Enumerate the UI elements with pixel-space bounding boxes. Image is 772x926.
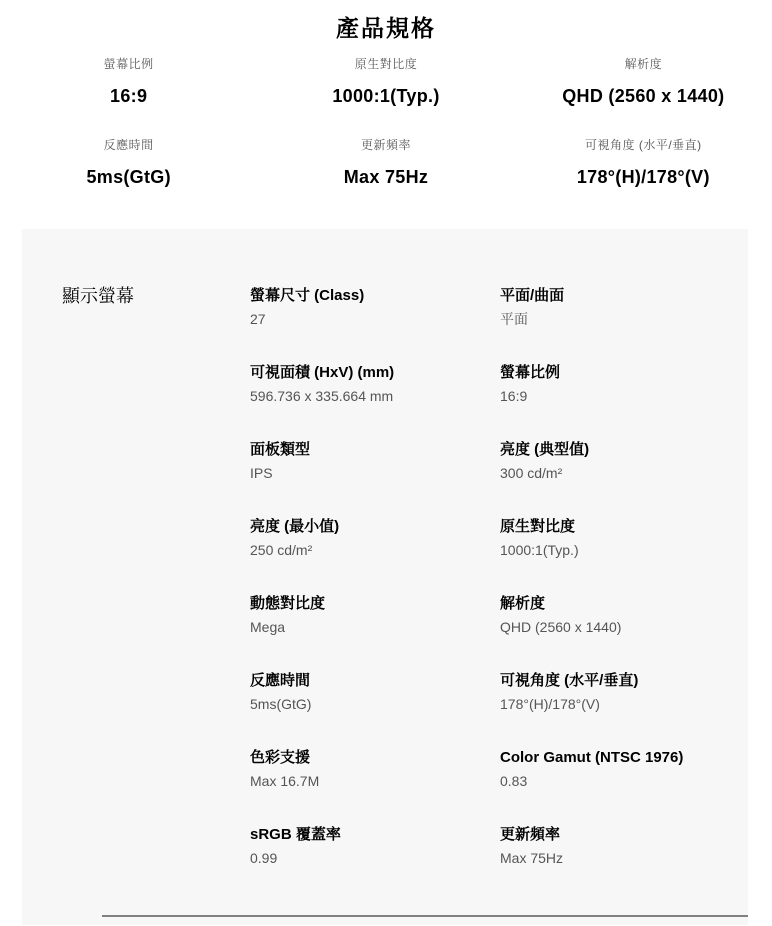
key-spec-value: 1000:1(Typ.) bbox=[257, 84, 514, 109]
spec-value: 596.736 x 335.664 mm bbox=[250, 386, 476, 406]
spec-value: IPS bbox=[250, 463, 476, 483]
key-spec-value: 5ms(GtG) bbox=[0, 165, 257, 190]
spec-item: 色彩支援 Max 16.7M bbox=[250, 747, 500, 791]
spec-label: 原生對比度 bbox=[500, 516, 724, 537]
spec-value: 178°(H)/178°(V) bbox=[500, 694, 724, 714]
key-spec-label: 螢幕比例 bbox=[0, 56, 257, 72]
product-spec-page: 產品規格 螢幕比例 16:9 原生對比度 1000:1(Typ.) 解析度 QH… bbox=[0, 0, 772, 925]
spec-panel: 顯示螢幕 螢幕尺寸 (Class) 27 平面/曲面 平面 可視面積 (HxV)… bbox=[22, 229, 748, 925]
spec-item: 原生對比度 1000:1(Typ.) bbox=[500, 516, 748, 560]
page-title: 產品規格 bbox=[0, 0, 772, 43]
spec-label: 動態對比度 bbox=[250, 593, 476, 614]
spec-item: sRGB 覆蓋率 0.99 bbox=[250, 824, 500, 868]
spec-value: 平面 bbox=[500, 309, 724, 329]
spec-label: 色彩支援 bbox=[250, 747, 476, 768]
spec-value: 27 bbox=[250, 309, 476, 329]
spec-item: 反應時間 5ms(GtG) bbox=[250, 670, 500, 714]
spec-value: 5ms(GtG) bbox=[250, 694, 476, 714]
spec-label: 可視面積 (HxV) (mm) bbox=[250, 362, 476, 383]
spec-value: 0.99 bbox=[250, 848, 476, 868]
key-spec-item: 螢幕比例 16:9 bbox=[0, 56, 257, 109]
spec-value: Mega bbox=[250, 617, 476, 637]
spec-value: 250 cd/m² bbox=[250, 540, 476, 560]
spec-item: 平面/曲面 平面 bbox=[500, 285, 748, 329]
spec-label: 螢幕比例 bbox=[500, 362, 724, 383]
key-spec-value: QHD (2560 x 1440) bbox=[515, 84, 772, 109]
spec-label: 平面/曲面 bbox=[500, 285, 724, 306]
key-spec-label: 可視角度 (水平/垂直) bbox=[515, 137, 772, 153]
spec-label: 解析度 bbox=[500, 593, 724, 614]
key-spec-item: 解析度 QHD (2560 x 1440) bbox=[515, 56, 772, 109]
spec-label: 可視角度 (水平/垂直) bbox=[500, 670, 724, 691]
spec-label: 面板類型 bbox=[250, 439, 476, 460]
key-spec-item: 更新頻率 Max 75Hz bbox=[257, 137, 514, 190]
spec-item: 螢幕比例 16:9 bbox=[500, 362, 748, 406]
spec-section-display-screen: 顯示螢幕 螢幕尺寸 (Class) 27 平面/曲面 平面 可視面積 (HxV)… bbox=[62, 285, 748, 901]
key-spec-label: 原生對比度 bbox=[257, 56, 514, 72]
spec-section-title: 顯示螢幕 bbox=[62, 285, 250, 308]
key-spec-label: 反應時間 bbox=[0, 137, 257, 153]
spec-item: 可視面積 (HxV) (mm) 596.736 x 335.664 mm bbox=[250, 362, 500, 406]
key-spec-value: Max 75Hz bbox=[257, 165, 514, 190]
key-spec-item: 可視角度 (水平/垂直) 178°(H)/178°(V) bbox=[515, 137, 772, 190]
spec-label: 螢幕尺寸 (Class) bbox=[250, 285, 476, 306]
key-spec-value: 16:9 bbox=[0, 84, 257, 109]
spec-value: 1000:1(Typ.) bbox=[500, 540, 724, 560]
spec-value: QHD (2560 x 1440) bbox=[500, 617, 724, 637]
spec-grid: 螢幕尺寸 (Class) 27 平面/曲面 平面 可視面積 (HxV) (mm)… bbox=[250, 285, 748, 901]
key-spec-label: 解析度 bbox=[515, 56, 772, 72]
spec-item: 可視角度 (水平/垂直) 178°(H)/178°(V) bbox=[500, 670, 748, 714]
spec-value: 300 cd/m² bbox=[500, 463, 724, 483]
spec-label: 更新頻率 bbox=[500, 824, 724, 845]
key-spec-value: 178°(H)/178°(V) bbox=[515, 165, 772, 190]
spec-item: 亮度 (最小值) 250 cd/m² bbox=[250, 516, 500, 560]
spec-value: Max 75Hz bbox=[500, 848, 724, 868]
spec-value: Max 16.7M bbox=[250, 771, 476, 791]
spec-item: 螢幕尺寸 (Class) 27 bbox=[250, 285, 500, 329]
key-spec-item: 原生對比度 1000:1(Typ.) bbox=[257, 56, 514, 109]
spec-label: 亮度 (最小值) bbox=[250, 516, 476, 537]
spec-item: 更新頻率 Max 75Hz bbox=[500, 824, 748, 868]
spec-item: Color Gamut (NTSC 1976) 0.83 bbox=[500, 747, 748, 791]
spec-label: sRGB 覆蓋率 bbox=[250, 824, 476, 845]
section-divider bbox=[102, 915, 748, 917]
spec-label: 亮度 (典型值) bbox=[500, 439, 724, 460]
spec-value: 16:9 bbox=[500, 386, 724, 406]
key-spec-label: 更新頻率 bbox=[257, 137, 514, 153]
spec-item: 面板類型 IPS bbox=[250, 439, 500, 483]
spec-item: 動態對比度 Mega bbox=[250, 593, 500, 637]
spec-label: Color Gamut (NTSC 1976) bbox=[500, 747, 724, 768]
key-spec-item: 反應時間 5ms(GtG) bbox=[0, 137, 257, 190]
spec-item: 解析度 QHD (2560 x 1440) bbox=[500, 593, 748, 637]
spec-value: 0.83 bbox=[500, 771, 724, 791]
spec-item: 亮度 (典型值) 300 cd/m² bbox=[500, 439, 748, 483]
key-specs-grid: 螢幕比例 16:9 原生對比度 1000:1(Typ.) 解析度 QHD (25… bbox=[0, 56, 772, 190]
spec-label: 反應時間 bbox=[250, 670, 476, 691]
